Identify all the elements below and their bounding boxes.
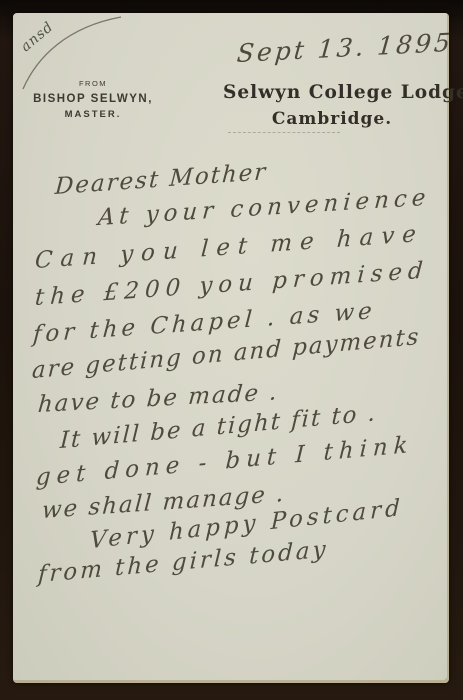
handwritten-date: Sept 13. 1895 (236, 28, 455, 68)
photo-background: ansd FROM BISHOP SELWYN, MASTER. Sept 13… (0, 0, 463, 700)
paper-crease (228, 132, 340, 133)
letterhead-title: MASTER. (28, 109, 158, 120)
handwritten-line-salutation: Dearest Mother (54, 159, 268, 200)
printed-address-line-1: Selwyn College Lodge, (223, 82, 441, 103)
letterhead-from-label: FROM (28, 79, 158, 88)
printed-address-line-2: Cambridge. (223, 109, 441, 129)
letterhead-name: BISHOP SELWYN, (28, 93, 158, 105)
dateline-block: Sept 13. 1895 Selwyn College Lodge, Camb… (223, 37, 441, 147)
letter-paper: ansd FROM BISHOP SELWYN, MASTER. Sept 13… (13, 13, 449, 683)
letterhead: FROM BISHOP SELWYN, MASTER. (28, 79, 158, 120)
